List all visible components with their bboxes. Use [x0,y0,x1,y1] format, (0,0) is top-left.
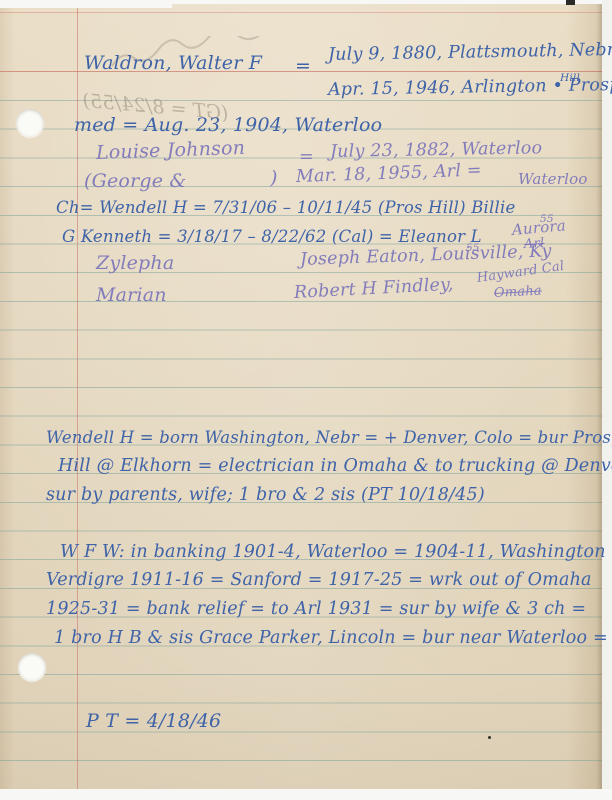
hw-footer-citation: P T = 4/18/46 [86,710,221,732]
hw-wife-parents: (George & [84,170,187,192]
hw-wife-birth: July 23, 1882, Waterloo [330,138,543,162]
hw-child1-line: Ch= Wendell H = 7/31/06 – 10/11/45 (Pros… [56,198,515,217]
hw-wife-death-place: Waterloo [518,170,588,188]
hw-equals-1: = [295,55,311,77]
hw-child2-line: G Kenneth = 3/18/17 – 8/22/62 (Cal) = El… [62,227,482,246]
red-header-rule-top [0,12,602,13]
ink-speck [488,736,491,739]
scan-edge-top-left [0,0,172,8]
hole-punch-bottom [18,653,46,681]
hole-punch-top [16,109,44,137]
hw-surname-line: Waldron, Walter F [84,52,262,74]
scan-edge-bottom [0,789,612,800]
hw-equals-2: = [299,147,314,167]
hw-wfw-para-line3: 1925-31 = bank relief = to Arl 1931 = su… [46,599,586,619]
hw-omaha-struck: Omaha [494,284,543,301]
scan-notch [566,0,575,5]
hw-death-superscript: Hill [560,72,580,84]
hw-wfw-para-line1: W F W: in banking 1901-4, Waterloo = 190… [60,542,612,562]
hw-child4-name: Marian [96,284,167,306]
hw-child3-name: Zylepha [96,252,174,274]
hw-wendell-para-line2: Hill @ Elkhorn = electrician in Omaha & … [58,456,612,476]
hw-wfw-para-line4: 1 bro H B & sis Grace Parker, Lincoln = … [54,628,608,648]
scan-edge-right [602,0,612,800]
hw-wfw-para-line2: Verdigre 1911-16 = Sanford = 1917-25 = w… [46,570,592,590]
hw-married-line: med = Aug. 23, 1904, Waterloo [74,114,382,136]
hw-paren-close: ) [270,167,278,189]
hw-wendell-para-line3: sur by parents, wife; 1 bro & 2 sis (PT … [46,485,485,505]
hw-wendell-para-line1: Wendell H = born Washington, Nebr = + De… [46,428,612,447]
